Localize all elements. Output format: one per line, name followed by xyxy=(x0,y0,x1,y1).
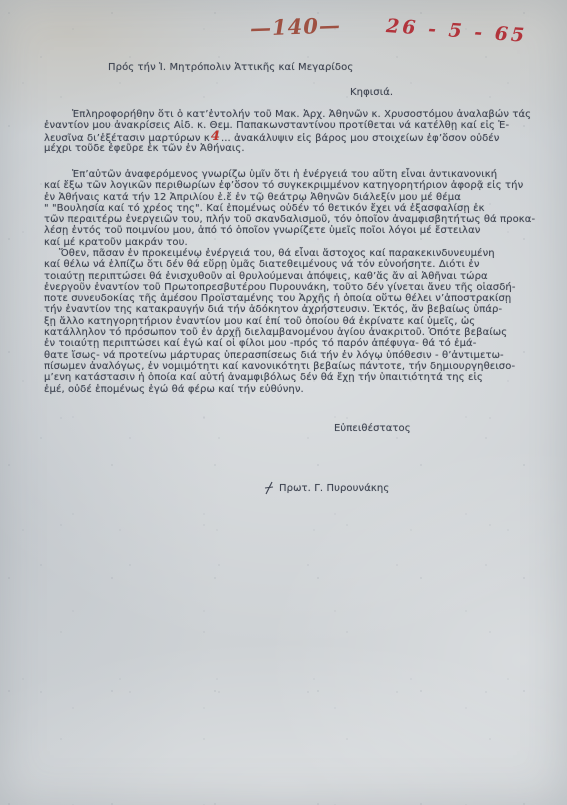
recipient-line: Πρός τήν Ἱ. Μητρόπολιν Ἀττικῆς καί Μεγαρ… xyxy=(108,62,353,73)
body-line: ἐν Ἀθήναις κατά τήν 12 Ἀπριλίου ἑ.ἔ ἐν τ… xyxy=(44,192,544,203)
handwritten-page-number: —140— xyxy=(250,12,342,40)
body-line: ἐμέ, οὐδέ ἑπομένως ἐγώ θά φέρω καί τήν ε… xyxy=(44,384,544,395)
body-line-segment: λευσῖνα δι’ἐξέτασιν μαρτύρων κ xyxy=(44,133,210,144)
body-line: ἐναντίον μου ἀνακρίσεις Αἰδ. κ. Θεμ. Παπ… xyxy=(44,120,544,131)
body-line: Ὅθεν, πᾶσαν ἐν προκειμένῳ ἐνέργειά του, … xyxy=(44,248,544,259)
scanned-letter-page: { "page": { "paper_color": "#ced2d5", "i… xyxy=(0,0,567,805)
body-line: κατάλληλον τό πρόσωπον τοῦ ἐν ἀρχῇ διελα… xyxy=(44,327,544,338)
body-line: πίσωμεν ἀναλόγως, ἐν νομιμότητι καί κανο… xyxy=(44,361,544,372)
body-line: ἐν τοιαύτῃ περιπτώσει καί ἐγώ καί οἱ φίλ… xyxy=(44,338,544,349)
paragraph-2: Ἐπ’αὐτῶν ἀναφερόμενος γνωρίζω ὑμῖν ὅτι ἡ… xyxy=(44,169,544,248)
body-line: τήν ἐναντίον της κατακραυγήν διά τήν ἀδό… xyxy=(44,304,544,315)
place-line: Κηφισιά. xyxy=(350,87,393,98)
paragraph-3: Ὅθεν, πᾶσαν ἐν προκειμένῳ ἐνέργειά του, … xyxy=(44,248,544,395)
body-line: ξῃ ἄλλο κατηγορητήριον ἐναντίον μου καί … xyxy=(44,316,544,327)
valediction: Εὐπειθέστατος xyxy=(334,423,411,434)
signature-cross-icon xyxy=(264,480,274,496)
body-line: μ’ενη κατάστασιν ἡ ὁποία καί αὐτή ἀναμφι… xyxy=(44,372,544,383)
red-correction-mark: 4 xyxy=(211,129,220,144)
body-line: τοιαύτῃ περιπτώσει θά ἐνισχυθοῦν αἱ θρυλ… xyxy=(44,271,544,282)
signature-name: Πρωτ. Γ. Πυρουνάκης xyxy=(279,483,389,494)
body-line: λέσῃ ἐντός τοῦ ποιμνίου μου, ἀπό τό ὁποῖ… xyxy=(44,225,544,236)
body-line: μέχρι τοῦδε ἐφεῦρε ἐκ τῶν ἐν Ἀθήναις. xyxy=(44,143,544,154)
body-line: Ἐπληροφορήθην ὅτι ὁ κατ’ἐντολήν τοῦ Μακ.… xyxy=(44,109,544,120)
body-line: " "Βουλησία καί τό χρέος της". Καί ἑπομέ… xyxy=(44,203,544,214)
body-line: λευσῖνα δι’ἐξέτασιν μαρτύρων κ4... ἀνακά… xyxy=(44,132,544,143)
body-line: Ἐπ’αὐτῶν ἀναφερόμενος γνωρίζω ὑμῖν ὅτι ἡ… xyxy=(44,169,544,180)
paragraph-1: Ἐπληροφορήθην ὅτι ὁ κατ’ἐντολήν τοῦ Μακ.… xyxy=(44,109,544,154)
body-line: ἐνεργοῦν ἐναντίον τοῦ Πρωτοπρεσβυτέρου Π… xyxy=(44,282,544,293)
handwritten-date: 26 - 5 - 65 xyxy=(385,15,528,47)
body-line: καί θέλω νά ἐλπίζω ὅτι δέν θά εὕρῃ ὑμᾶς … xyxy=(44,259,544,270)
body-line: τῶν περαιτέρω ἐνεργειῶν του, πλήν τοῦ σκ… xyxy=(44,214,544,225)
signature-block: Πρωτ. Γ. Πυρουνάκης xyxy=(264,480,389,496)
body-line-segment: ... ἀνακάλυψιν εἰς βάρος μου στοιχείων ἐ… xyxy=(221,133,500,144)
body-line: καί ἔξω τῶν λογικῶν περιθωρίων ἐφ’ὅσον τ… xyxy=(44,180,544,191)
body-line: ποτε συνευδοκίας τῆς ἀμέσου Προϊσταμένης… xyxy=(44,293,544,304)
body-line: θατε ἴσως- νά προτείνω μάρτυρας ὑπερασπί… xyxy=(44,350,544,361)
body-line: καί μέ κρατοῦν μακράν του. xyxy=(44,237,544,248)
